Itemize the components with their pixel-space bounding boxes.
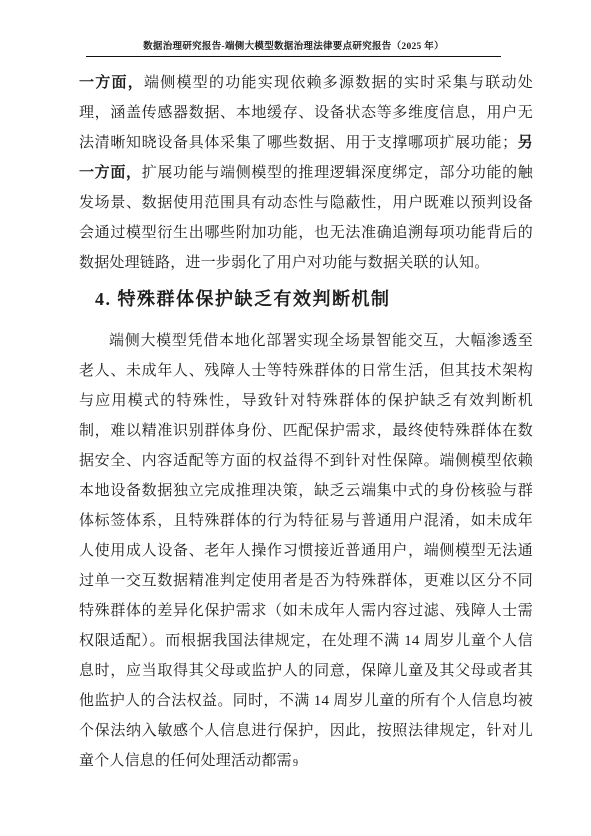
section-heading: 4. 特殊群体保护缺乏有效判断机制 xyxy=(79,284,533,314)
page-header: 数据治理研究报告-端侧大模型数据治理法律要点研究报告（2025 年） xyxy=(86,38,501,57)
paragraph1-text-1: 端侧模型的功能实现依赖多源数据的实时采集与联动处理，涵盖传感器数据、本地缓存、设… xyxy=(79,75,533,151)
paragraph1-text-2: 扩展功能与端侧模型的推理逻辑深度绑定，部分功能的触发场景、数据使用范围具有动态性… xyxy=(79,165,533,271)
page-number: 9 xyxy=(0,758,591,769)
bold-lead-one-aspect: 一方面， xyxy=(79,74,144,91)
document-page: 数据治理研究报告-端侧大模型数据治理法律要点研究报告（2025 年） 一方面，端… xyxy=(0,0,591,836)
header-title: 数据治理研究报告-端侧大模型数据治理法律要点研究报告（2025 年） xyxy=(143,42,444,52)
paragraph-continuation: 一方面，端侧模型的功能实现依赖多源数据的实时采集与联动处理，涵盖传感器数据、本地… xyxy=(79,68,533,278)
page-content: 一方面，端侧模型的功能实现依赖多源数据的实时采集与联动处理，涵盖传感器数据、本地… xyxy=(79,68,533,776)
paragraph-body: 端侧大模型凭借本地化部署实现全场景智能交互，大幅渗透至老人、未成年人、残障人士等… xyxy=(79,326,533,776)
